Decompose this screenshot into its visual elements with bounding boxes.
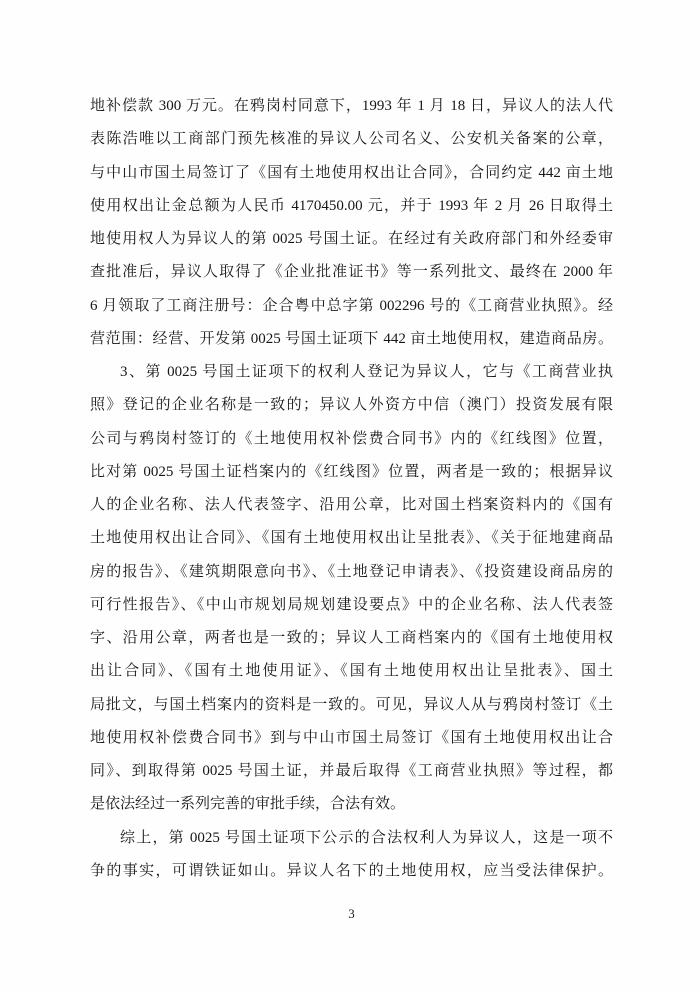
page-number: 3: [90, 906, 613, 922]
text-line: 查批准后，异议人取得了《企业批准证书》等一系列批文、最终在 2000 年: [90, 256, 613, 289]
document-page: 地补偿款 300 万元。在鸦岗村同意下，1993 年 1 月 18 日，异议人的…: [0, 0, 700, 990]
text-line: 地补偿款 300 万元。在鸦岗村同意下，1993 年 1 月 18 日，异议人的…: [90, 90, 613, 123]
text-line: 房的报告》、《建筑期限意向书》、《土地登记申请表》、《投资建设商品房的: [90, 556, 613, 589]
document-body: 地补偿款 300 万元。在鸦岗村同意下，1993 年 1 月 18 日，异议人的…: [90, 90, 613, 888]
text-line: 人的企业名称、法人代表签字、沿用公章，比对国土档案资料内的《国有: [90, 489, 613, 522]
text-line: 使用权出让金总额为人民币 4170450.00 元，并于 1993 年 2 月 …: [90, 190, 613, 223]
text-line-paragraph-end: 是依法经过一系列完善的审批手续，合法有效。: [90, 788, 613, 821]
text-line: 与中山市国土局签订了《国有土地使用权出让合同》，合同约定 442 亩土地: [90, 157, 613, 190]
text-line: 出让合同》、《国有土地使用证》、《国有土地使用权出让呈批表》、国土: [90, 655, 613, 688]
text-line-paragraph-start: 综上，第 0025 号国土证项下公示的合法权利人为异议人，这是一项不: [90, 822, 613, 855]
text-line: 地使用权补偿费合同书》到与中山市国土局签订《国有土地使用权出让合: [90, 722, 613, 755]
text-line: 争的事实，可谓铁证如山。异议人名下的土地使用权，应当受法律保护。: [90, 855, 613, 888]
text-line: 土地使用权出让合同》、《国有土地使用权出让呈批表》、《关于征地建商品: [90, 522, 613, 555]
text-line: 局批文，与国土档案内的资料是一致的。可见，异议人从与鸦岗村签订《土: [90, 689, 613, 722]
text-line-paragraph-start: 3、第 0025 号国土证项下的权利人登记为异议人，它与《工商营业执: [90, 356, 613, 389]
text-line: 可行性报告》、《中山市规划局规划建设要点》中的企业名称、法人代表签: [90, 589, 613, 622]
text-line: 地使用权人为异议人的第 0025 号国土证。在经过有关政府部门和外经委审: [90, 223, 613, 256]
text-line: 营范围：经营、开发第 0025 号国土证项下 442 亩土地使用权，建造商品房。: [90, 323, 613, 356]
text-line: 照》登记的企业名称是一致的；异议人外资方中信（澳门）投资发展有限: [90, 389, 613, 422]
text-line: 6 月领取了工商注册号：企合粤中总字第 002296 号的《工商营业执照》。经: [90, 290, 613, 323]
text-line: 表陈浩唯以工商部门预先核准的异议人公司名义、公安机关备案的公章，: [90, 123, 613, 156]
text-line: 公司与鸦岗村签订的《土地使用权补偿费合同书》内的《红线图》位置，: [90, 423, 613, 456]
text-line: 字、沿用公章，两者也是一致的；异议人工商档案内的《国有土地使用权: [90, 622, 613, 655]
text-line: 同》、到取得第 0025 号国土证，并最后取得《工商营业执照》等过程，都: [90, 755, 613, 788]
text-line: 比对第 0025 号国土证档案内的《红线图》位置，两者是一致的；根据异议: [90, 456, 613, 489]
